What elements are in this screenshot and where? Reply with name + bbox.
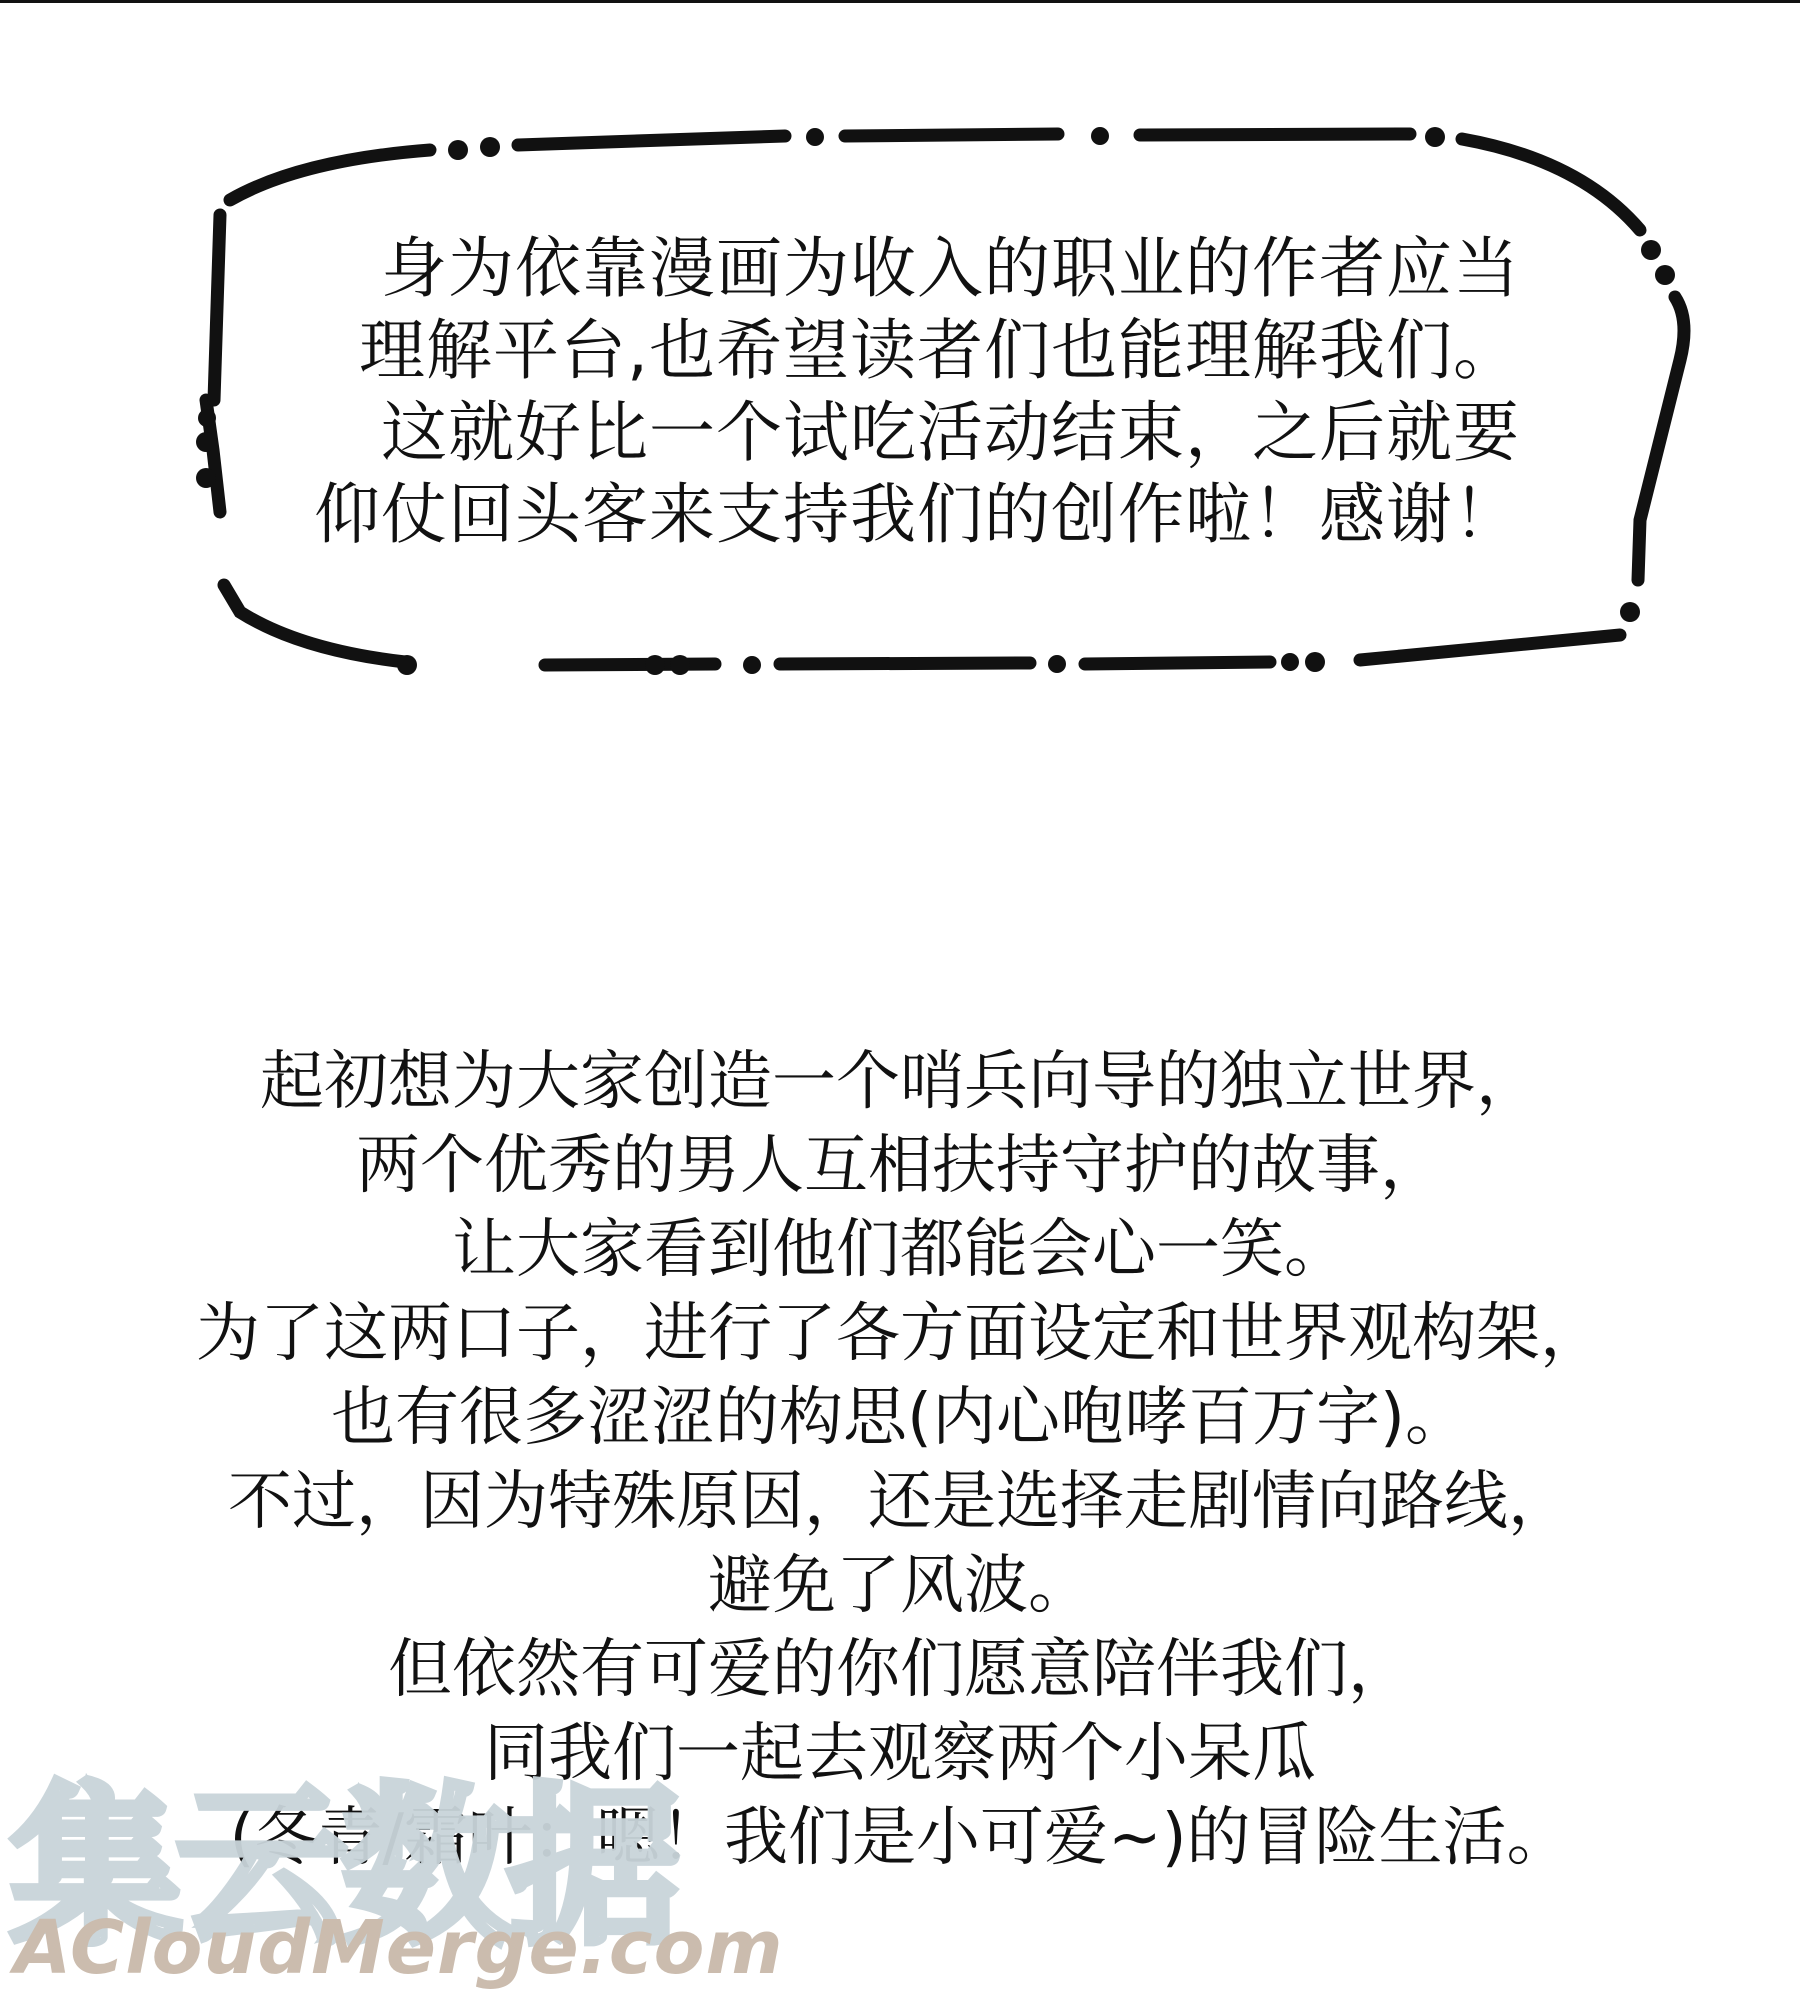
story-line: 不过，因为特殊原因，还是选择走剧情向路线， (0, 1460, 1800, 1544)
speech-bubble-text: 身为依靠漫画为收入的职业的作者应当 理解平台,也希望读者们也能理解我们。 这就好… (300, 228, 1520, 556)
story-line: 同我们一起去观察两个小呆瓜 (0, 1712, 1800, 1796)
watermark-site-name: ACloudMerge.com (14, 1905, 784, 1991)
story-line: 起初想为大家创造一个哨兵向导的独立世界， (0, 1040, 1800, 1124)
story-line: 为了这两口子，进行了各方面设定和世界观构架， (0, 1292, 1800, 1376)
story-line: 也有很多涩涩的构思(内心咆哮百万字)。 (0, 1376, 1800, 1460)
story-line: 让大家看到他们都能会心一笑。 (0, 1208, 1800, 1292)
author-note-paragraph: 起初想为大家创造一个哨兵向导的独立世界， 两个优秀的男人互相扶持守护的故事， 让… (0, 1040, 1800, 1880)
story-line: 两个优秀的男人互相扶持守护的故事， (0, 1124, 1800, 1208)
story-line: (冬青/霜叶：嗯！我们是小可爱~)的冒险生活。 (0, 1796, 1800, 1880)
bubble-line: 这就好比一个试吃活动结束，之后就要 (300, 392, 1520, 474)
story-line: 避免了风波。 (0, 1544, 1800, 1628)
story-line: 但依然有可爱的你们愿意陪伴我们， (0, 1628, 1800, 1712)
bubble-line: 仰仗回头客来支持我们的创作啦！感谢！ (300, 474, 1520, 556)
bubble-line: 身为依靠漫画为收入的职业的作者应当 (300, 228, 1520, 310)
bubble-line: 理解平台,也希望读者们也能理解我们。 (300, 310, 1520, 392)
